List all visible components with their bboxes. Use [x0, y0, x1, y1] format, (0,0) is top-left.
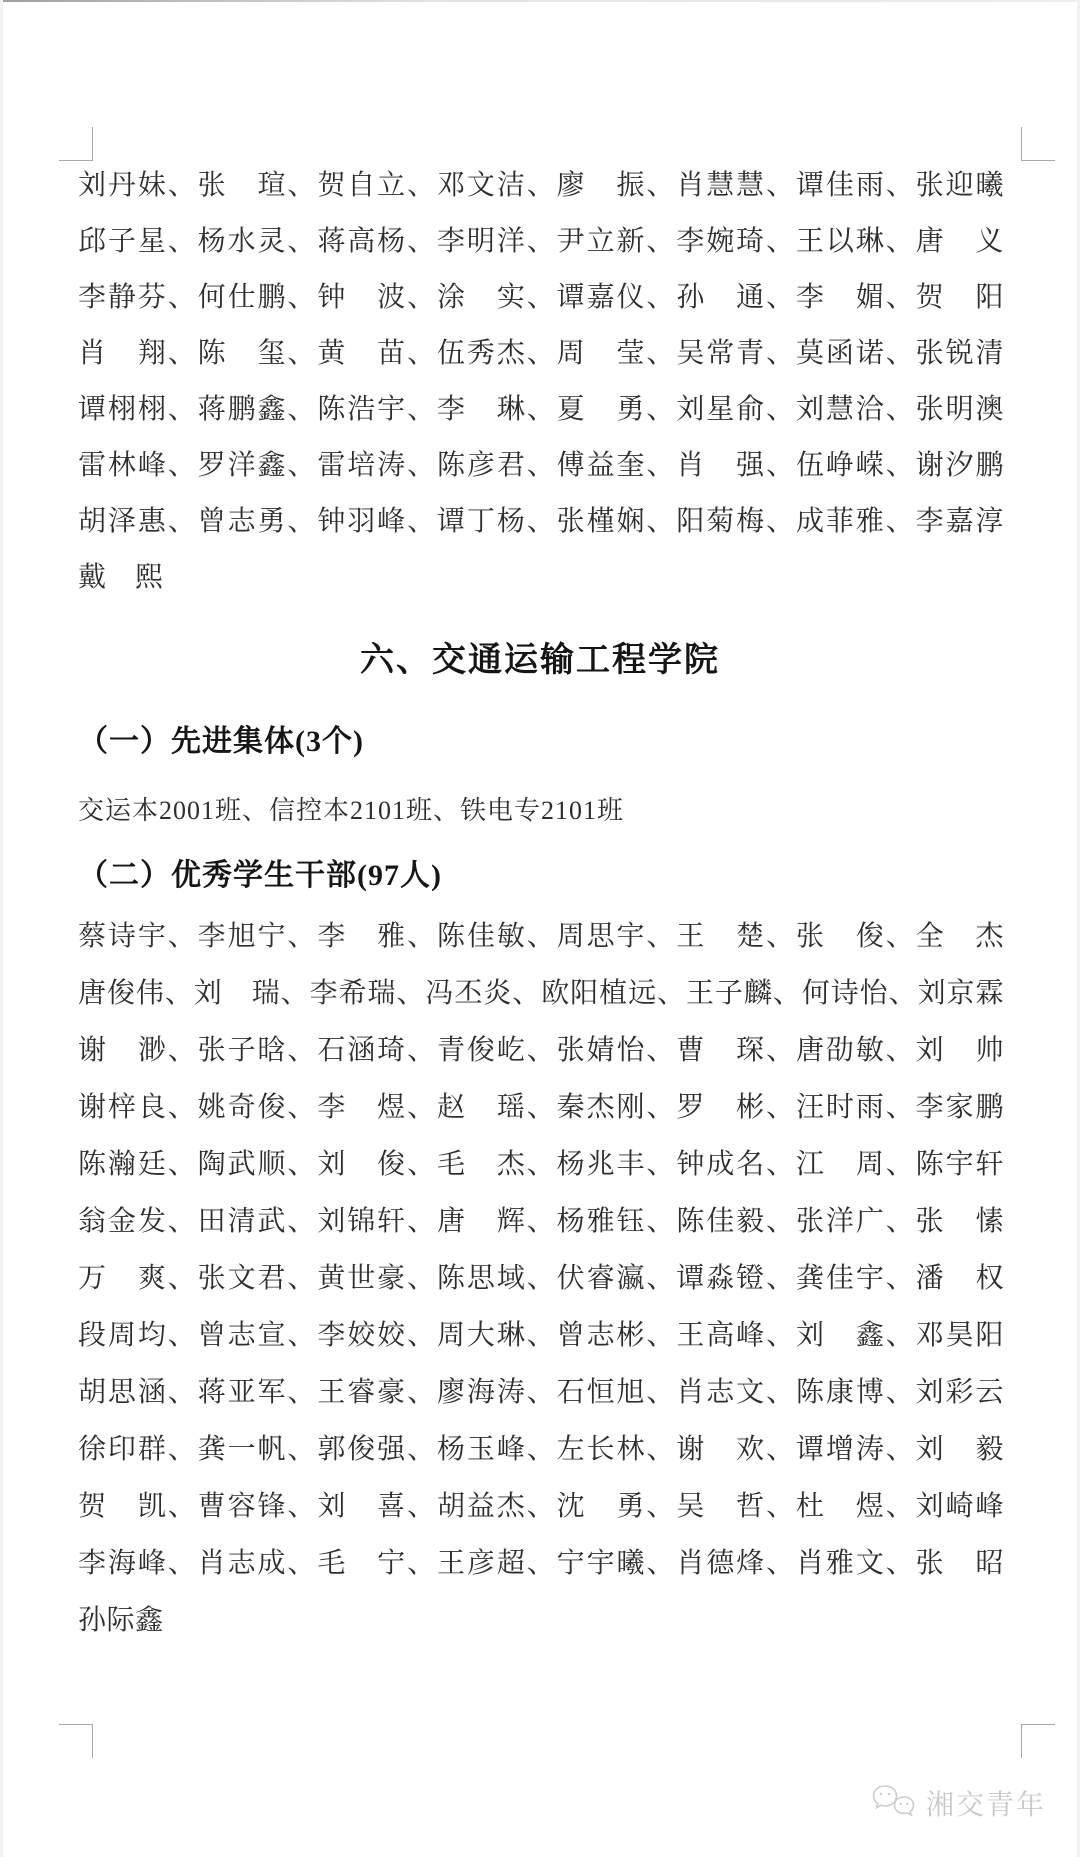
text-boundary-mark-bottom-left — [59, 1724, 93, 1758]
page-left-edge — [0, 0, 3, 1857]
text-boundary-mark-top-left — [59, 127, 93, 161]
name-row: 谭栩栩、蒋鹏鑫、陈浩宇、李 琳、夏 勇、刘星俞、刘慧洽、张明澳 — [78, 382, 1004, 438]
name-list-outstanding-cadres: 蔡诗宇、李旭宁、李 雅、陈佳敏、周思宇、王 楚、张 俊、全 杰 唐俊伟、刘 瑞、… — [78, 908, 1004, 1649]
page-top-edge — [0, 0, 1080, 2]
name-row: 翁金发、田清武、刘锦轩、唐 辉、杨雅钰、陈佳毅、张洋广、张 愫 — [78, 1193, 1004, 1250]
name-row: 李静芬、何仕鹏、钟 波、涂 实、谭嘉仪、孙 通、李 媚、贺 阳 — [78, 270, 1004, 326]
document-page: { "colors": { "text": "#2e2e2e", "headin… — [0, 0, 1080, 1857]
footer-brand: 湘交青年 — [871, 1783, 1046, 1823]
section-heading: 六、交通运输工程学院 — [0, 632, 1080, 681]
name-row: 刘丹妹、张 瑄、贺自立、邓文洁、廖 振、肖慧慧、谭佳雨、张迎曦 — [78, 158, 1004, 214]
name-row: 戴 熙 — [78, 550, 1004, 606]
subsection-title-outstanding-cadres: （二）优秀学生干部(97人) — [78, 850, 442, 894]
name-row: 唐俊伟、刘 瑞、李希瑞、冯丕炎、欧阳植远、王子麟、何诗怡、刘京霖 — [78, 965, 1004, 1022]
name-row: 肖 翔、陈 玺、黄 苗、伍秀杰、周 莹、吴常青、莫函诺、张锐清 — [78, 326, 1004, 382]
name-row: 雷林峰、罗洋鑫、雷培涛、陈彦君、傅益奎、肖 强、伍峥嵘、谢汐鹏 — [78, 438, 1004, 494]
name-row: 谢梓良、姚奇俊、李 煜、赵 瑶、秦杰刚、罗 彬、汪时雨、李家鹏 — [78, 1079, 1004, 1136]
name-row: 胡思涵、蒋亚军、王睿豪、廖海涛、石恒旭、肖志文、陈康博、刘彩云 — [78, 1364, 1004, 1421]
name-row: 段周均、曾志宣、李姣姣、周大琳、曾志彬、王高峰、刘 鑫、邓昊阳 — [78, 1307, 1004, 1364]
name-row: 陈瀚廷、陶武顺、刘 俊、毛 杰、杨兆丰、钟成名、江 周、陈宇轩 — [78, 1136, 1004, 1193]
advanced-collectives-list: 交运本2001班、信控本2101班、铁电专2101班 — [78, 790, 624, 827]
name-row: 蔡诗宇、李旭宁、李 雅、陈佳敏、周思宇、王 楚、张 俊、全 杰 — [78, 908, 1004, 965]
wechat-chat-bubbles-icon — [871, 1783, 917, 1823]
name-row: 孙际鑫 — [78, 1592, 1004, 1649]
name-list-continuation: 刘丹妹、张 瑄、贺自立、邓文洁、廖 振、肖慧慧、谭佳雨、张迎曦 邱子星、杨水灵、… — [78, 158, 1004, 606]
name-row: 贺 凯、曹容锋、刘 喜、胡益杰、沈 勇、吴 哲、杜 煜、刘崎峰 — [78, 1478, 1004, 1535]
text-boundary-mark-bottom-right — [1021, 1724, 1055, 1758]
name-row: 徐印群、龚一帆、郭俊强、杨玉峰、左长林、谢 欢、谭增涛、刘 毅 — [78, 1421, 1004, 1478]
text-boundary-mark-top-right — [1021, 127, 1055, 161]
name-row: 谢 渺、张子晗、石涵琦、青俊屹、张婧怡、曹 琛、唐劭敏、刘 帅 — [78, 1022, 1004, 1079]
name-row: 胡泽惠、曾志勇、钟羽峰、谭丁杨、张槿娴、阳菊梅、成菲雅、李嘉淳 — [78, 494, 1004, 550]
subsection-title-advanced-collectives: （一）先进集体(3个) — [78, 716, 364, 760]
name-row: 邱子星、杨水灵、蒋高杨、李明洋、尹立新、李婉琦、王以琳、唐 义 — [78, 214, 1004, 270]
footer-brand-label: 湘交青年 — [926, 1783, 1046, 1823]
name-row: 李海峰、肖志成、毛 宁、王彦超、宁宇曦、肖德烽、肖雅文、张 昭 — [78, 1535, 1004, 1592]
name-row: 万 爽、张文君、黄世豪、陈思域、伏睿瀛、谭淼镫、龚佳宇、潘 权 — [78, 1250, 1004, 1307]
